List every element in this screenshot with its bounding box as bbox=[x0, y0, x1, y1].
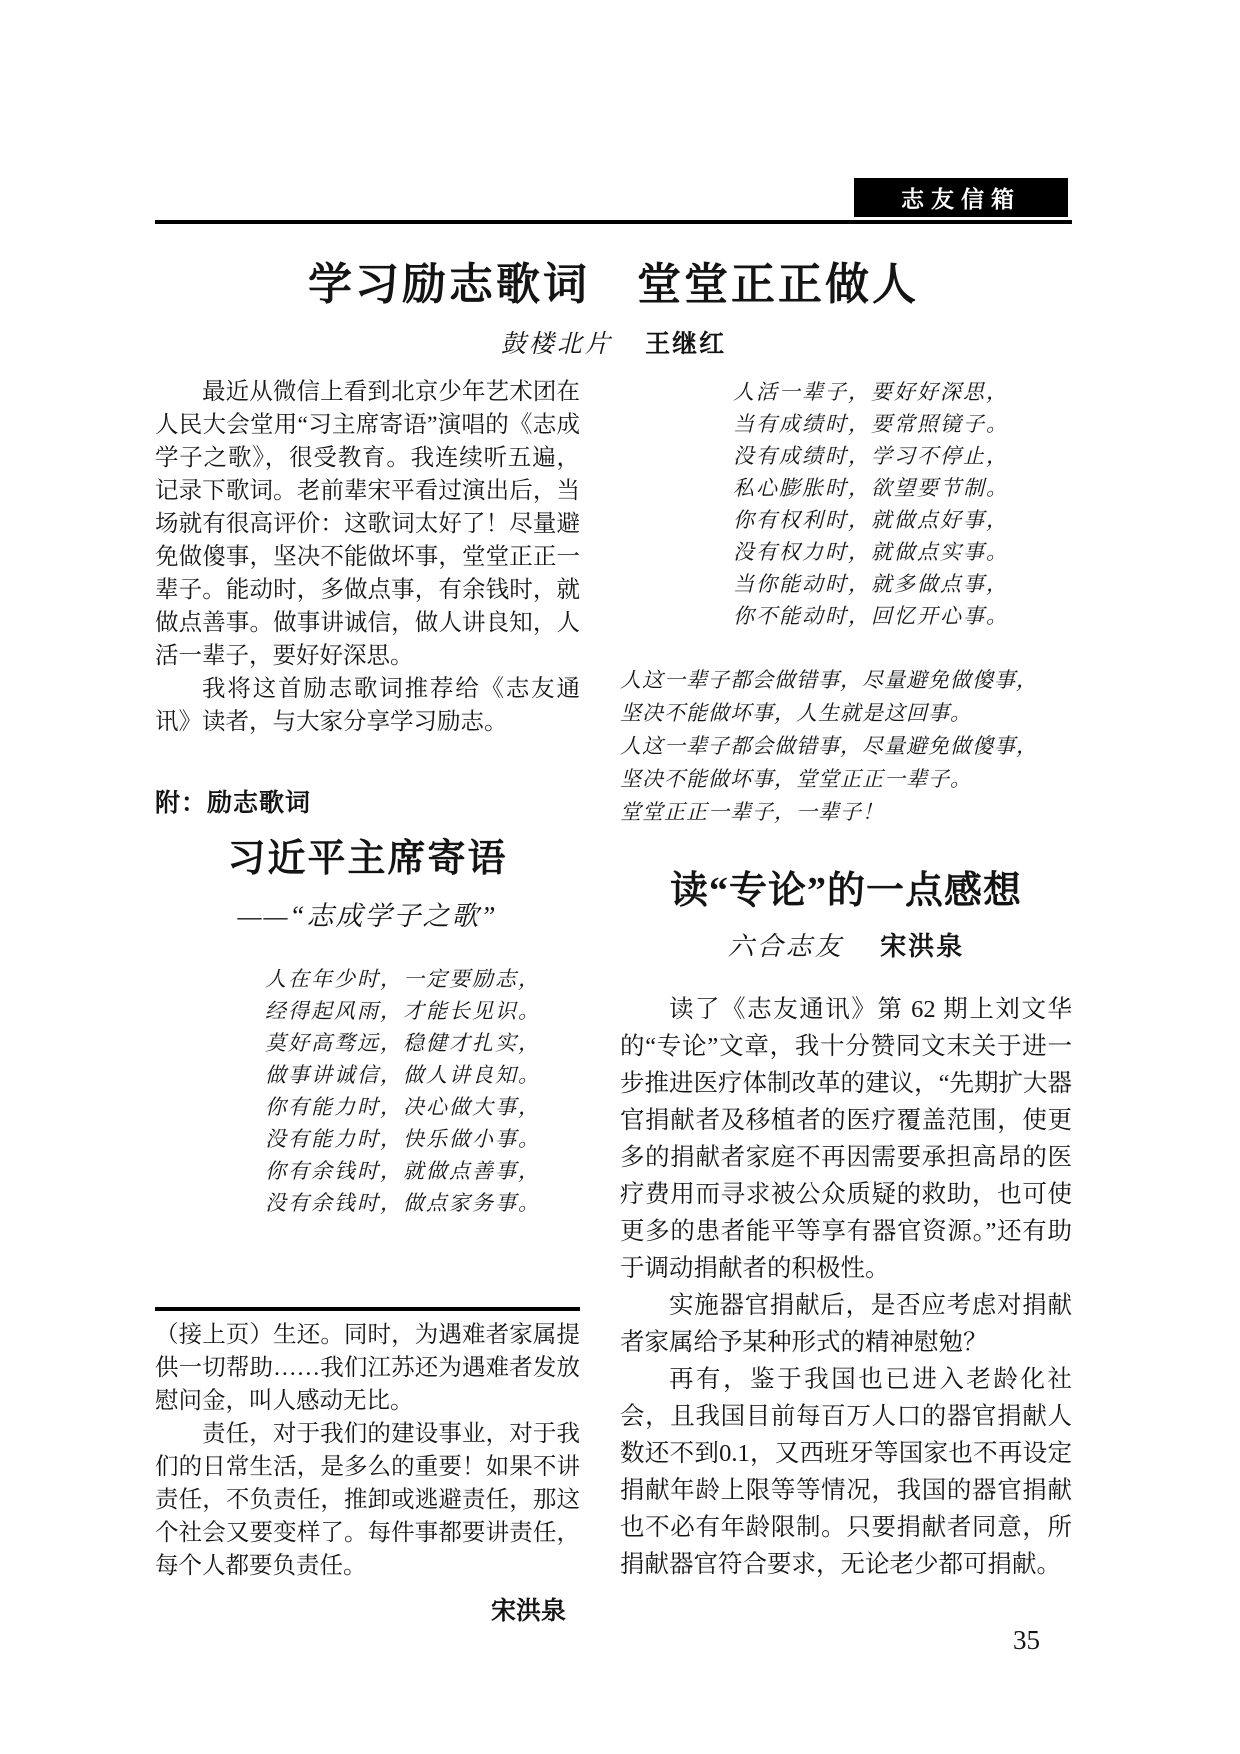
left-column: 最近从微信上看到北京少年艺术团在人民大会堂用“习主席寄语”演唱的《志成学子之歌》… bbox=[155, 376, 580, 1656]
article1-paragraph: 最近从微信上看到北京少年艺术团在人民大会堂用“习主席寄语”演唱的《志成学子之歌》… bbox=[155, 376, 580, 673]
poem-line: 你有余钱时，就做点善事， bbox=[265, 1155, 580, 1187]
continued-article: （接上页）生还。同时，为遇难者家属提供一切帮助……我们江苏还为遇难者发放慰问金，… bbox=[155, 1319, 580, 1627]
continued-paragraph: 责任，对于我们的建设事业，对于我们的日常生活，是多么的重要！如果不讲责任，不负责… bbox=[155, 1418, 580, 1583]
article1-paragraph: 我将这首励志歌词推荐给《志友通讯》读者，与大家分享学习励志。 bbox=[155, 673, 580, 739]
article2-paragraph: 再有，鉴于我国也已进入老龄化社会，且我国目前每百万人口的器官捐献人数还不到0.1… bbox=[620, 1361, 1072, 1583]
page-header: 志友信箱 bbox=[155, 178, 1072, 217]
poem-line: 堂堂正正一辈子，一辈子！ bbox=[620, 796, 1072, 829]
article2-byline-author: 宋洪泉 bbox=[880, 931, 964, 961]
article1-byline: 鼓楼北片 王继红 bbox=[155, 324, 1072, 360]
article1-byline-author: 王继红 bbox=[645, 330, 726, 358]
poem-line: 没有余钱时，做点家务事。 bbox=[265, 1187, 580, 1219]
poem-line: 没有权力时，就做点实事。 bbox=[733, 536, 1072, 568]
page-number: 35 bbox=[620, 1625, 1072, 1656]
song-stanza-left: 人在年少时，一定要励志， 经得起风雨，才能长见识。 莫好高骛远，稳健才扎实， 做… bbox=[155, 963, 580, 1219]
column-gap bbox=[580, 376, 620, 1656]
page-content: 志友信箱 学习励志歌词 堂堂正正做人 鼓楼北片 王继红 最近从微信上看到北京少年… bbox=[155, 178, 1072, 1656]
poem-line: 人活一辈子，要好好深思， bbox=[733, 376, 1072, 408]
poem-line: 人这一辈子都会做错事，尽量避免做傻事， bbox=[620, 730, 1072, 763]
article2-byline-affiliation: 六合志友 bbox=[728, 932, 844, 961]
poem-line: 你不能动时，回忆开心事。 bbox=[733, 600, 1072, 632]
poem-line: 你有能力时，决心做大事， bbox=[265, 1091, 580, 1123]
poem-line: 私心膨胀时，欲望要节制。 bbox=[733, 472, 1072, 504]
attachment-label: 附：励志歌词 bbox=[155, 783, 580, 819]
article2-paragraph: 实施器官捐献后，是否应考虑对捐献者家属给予某种形式的精神慰勉？ bbox=[620, 1287, 1072, 1361]
article1-title: 学习励志歌词 堂堂正正做人 bbox=[155, 248, 1072, 312]
article2-title: 读“专论”的一点感想 bbox=[620, 859, 1072, 914]
poem-line: 坚决不能做坏事，人生就是这回事。 bbox=[620, 697, 1072, 730]
poem-line: 经得起风雨，才能长见识。 bbox=[265, 995, 580, 1027]
poem-line: 坚决不能做坏事，堂堂正正一辈子。 bbox=[620, 763, 1072, 796]
poem-line: 没有成绩时，学习不停止， bbox=[733, 440, 1072, 472]
section-badge: 志友信箱 bbox=[854, 178, 1068, 217]
newsletter-page: 志友信箱 学习励志歌词 堂堂正正做人 鼓楼北片 王继红 最近从微信上看到北京少年… bbox=[0, 0, 1240, 1754]
song-chorus: 人这一辈子都会做错事，尽量避免做傻事， 坚决不能做坏事，人生就是这回事。 人这一… bbox=[620, 664, 1072, 829]
article2-paragraph: 读了《志友通讯》第 62 期上刘文华的“专论”文章，我十分赞同文末关于进一步推进… bbox=[620, 991, 1072, 1287]
poem-line: 人在年少时，一定要励志， bbox=[265, 963, 580, 995]
continued-signature: 宋洪泉 bbox=[155, 1591, 580, 1627]
poem-line: 当你能动时，就多做点事， bbox=[733, 568, 1072, 600]
continued-divider-rule bbox=[155, 1307, 580, 1311]
song-stanza-right: 人活一辈子，要好好深思， 当有成绩时，要常照镜子。 没有成绩时，学习不停止， 私… bbox=[620, 376, 1072, 632]
poem-line: 没有能力时，快乐做小事。 bbox=[265, 1123, 580, 1155]
continued-paragraph: （接上页）生还。同时，为遇难者家属提供一切帮助……我们江苏还为遇难者发放慰问金，… bbox=[155, 1319, 580, 1418]
song-subtitle: ——“志成学子之歌” bbox=[155, 894, 580, 933]
two-column-layout: 最近从微信上看到北京少年艺术团在人民大会堂用“习主席寄语”演唱的《志成学子之歌》… bbox=[155, 376, 1072, 1656]
article2-byline: 六合志友 宋洪泉 bbox=[620, 926, 1072, 963]
article2-body: 读了《志友通讯》第 62 期上刘文华的“专论”文章，我十分赞同文末关于进一步推进… bbox=[620, 991, 1072, 1583]
poem-line: 当有成绩时，要常照镜子。 bbox=[733, 408, 1072, 440]
poem-line: 你有权利时，就做点好事， bbox=[733, 504, 1072, 536]
header-divider-rule bbox=[155, 220, 1072, 224]
poem-line: 做事讲诚信，做人讲良知。 bbox=[265, 1059, 580, 1091]
right-column: 人活一辈子，要好好深思， 当有成绩时，要常照镜子。 没有成绩时，学习不停止， 私… bbox=[620, 376, 1072, 1656]
article1-byline-affiliation: 鼓楼北片 bbox=[501, 331, 613, 358]
poem-line: 人这一辈子都会做错事，尽量避免做傻事， bbox=[620, 664, 1072, 697]
song-title: 习近平主席寄语 bbox=[155, 827, 580, 882]
poem-line: 莫好高骛远，稳健才扎实， bbox=[265, 1027, 580, 1059]
